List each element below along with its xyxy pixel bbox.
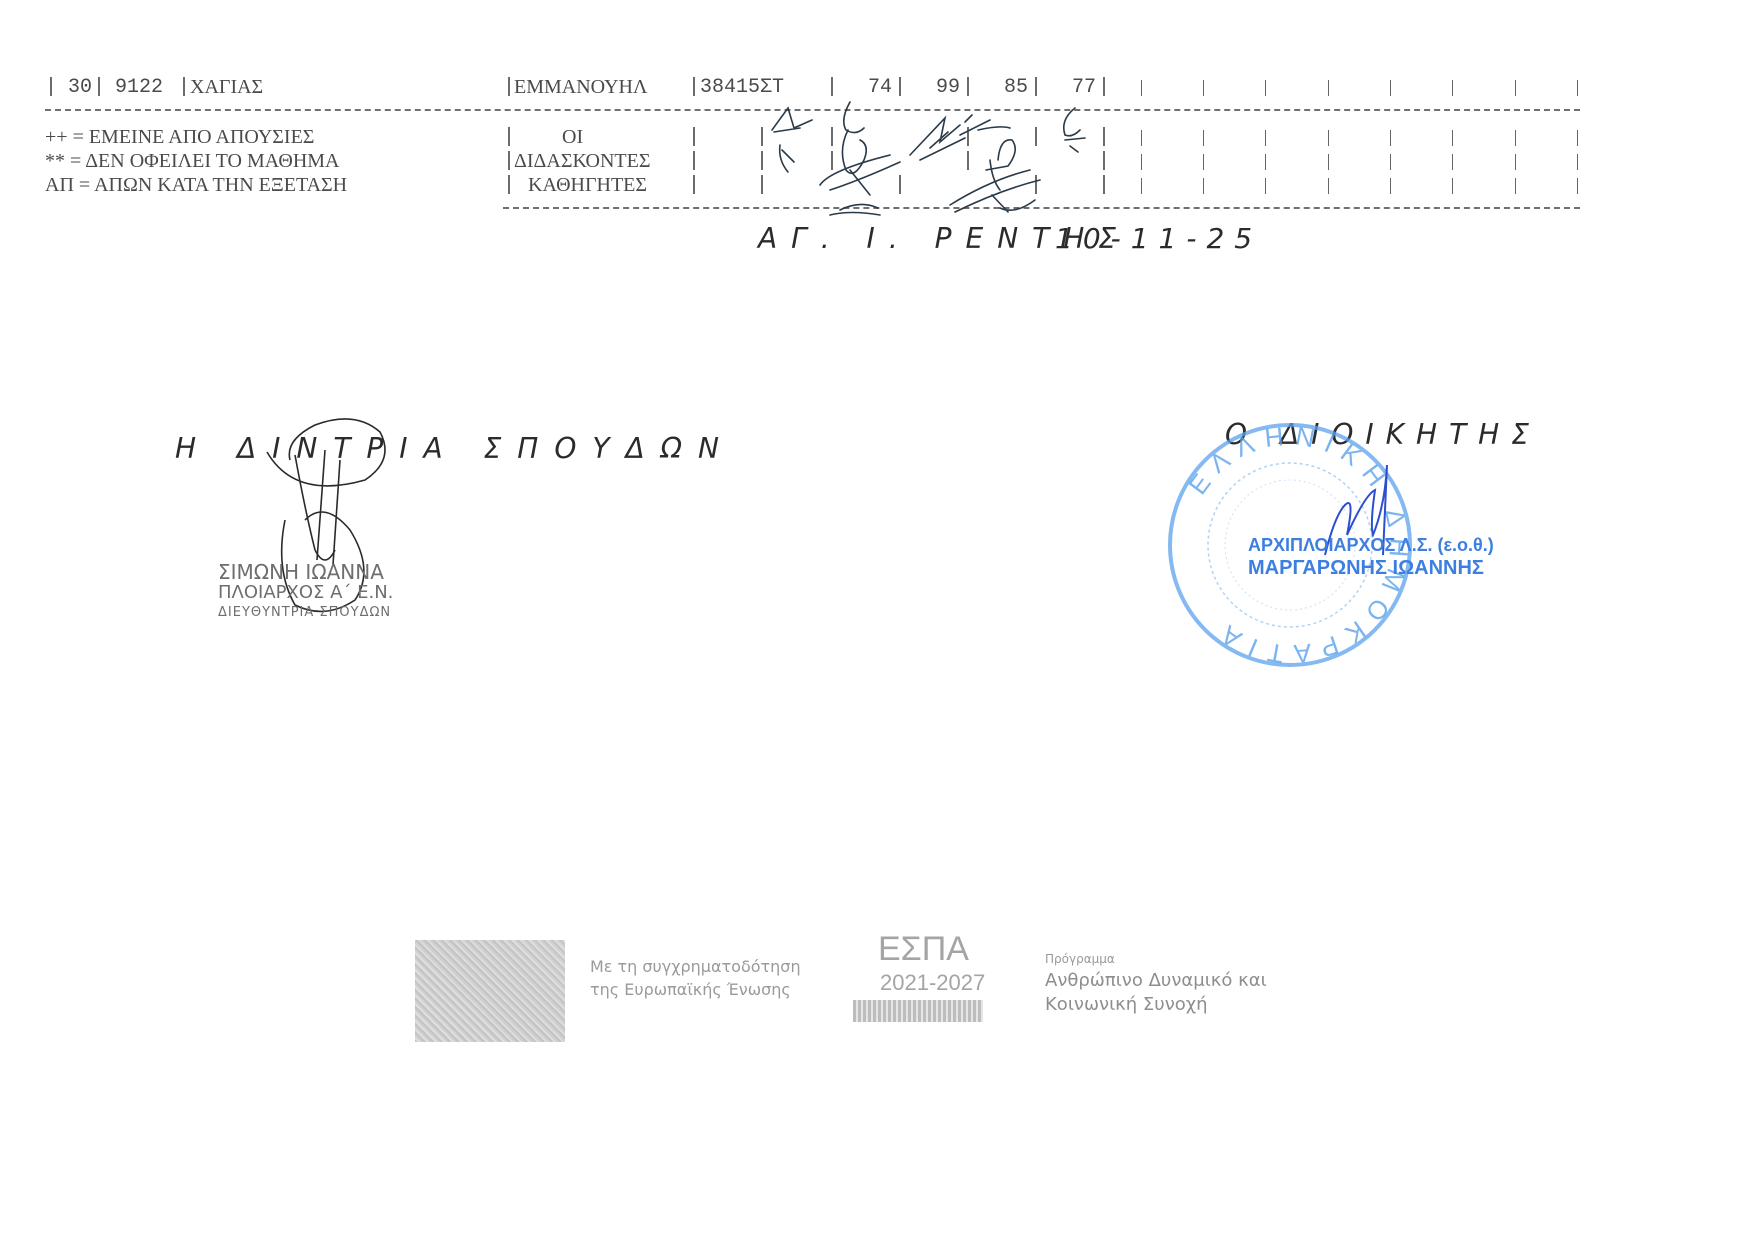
teachers-label-line: ΟΙ bbox=[562, 126, 583, 149]
box-bar: | bbox=[503, 126, 515, 149]
box-bar: | bbox=[688, 174, 700, 197]
row-sep: | bbox=[688, 76, 700, 99]
program-label: Πρόγραμμα bbox=[1045, 952, 1115, 966]
column-separator bbox=[1577, 178, 1578, 194]
column-separator bbox=[1265, 130, 1266, 146]
column-separator bbox=[1515, 130, 1516, 146]
row-sep: | bbox=[962, 76, 974, 99]
commander-name: ΜΑΡΓΑΡΩΝΗΣ ΙΩΑΝΝΗΣ bbox=[1248, 557, 1484, 580]
column-separator bbox=[1390, 80, 1391, 96]
director-name: ΣΙΜΩΝΗ ΙΩΑΝΝΑ bbox=[218, 562, 384, 583]
legend-symbol: ΑΠ bbox=[45, 174, 74, 196]
legend-meaning: ΕΜΕΙΝΕ ΑΠΟ ΑΠΟΥΣΙΕΣ bbox=[89, 126, 315, 148]
column-separator bbox=[1452, 130, 1453, 146]
column-separator bbox=[1203, 154, 1204, 170]
column-separator bbox=[1141, 80, 1142, 96]
grade-3: 85 bbox=[1004, 76, 1028, 99]
teachers-label-line: ΔΙΔΑΣΚΟΝΤΕΣ bbox=[514, 150, 651, 173]
column-separator bbox=[1577, 80, 1578, 96]
column-separator bbox=[1452, 80, 1453, 96]
column-separator bbox=[1141, 178, 1142, 194]
row-surname: ΧΑΓΙΑΣ bbox=[190, 76, 263, 99]
column-separator bbox=[1328, 154, 1329, 170]
box-bar: | bbox=[688, 126, 700, 149]
row-number: 30 bbox=[68, 76, 92, 99]
cofunding-line-2: της Ευρωπαϊκής Ένωσης bbox=[590, 980, 791, 999]
column-separator bbox=[1203, 130, 1204, 146]
column-separator bbox=[1577, 154, 1578, 170]
legend-item: ** = ΔΕΝ ΟΦΕΙΛΕΙ ΤΟ ΜΑΘΗΜΑ bbox=[45, 150, 339, 173]
column-separator bbox=[1328, 178, 1329, 194]
column-separator bbox=[1141, 130, 1142, 146]
legend-item: ++ = ΕΜΕΙΝΕ ΑΠΟ ΑΠΟΥΣΙΕΣ bbox=[45, 126, 314, 149]
row-sep: | bbox=[1098, 76, 1110, 99]
column-separator bbox=[1265, 154, 1266, 170]
row-sep: | bbox=[894, 76, 906, 99]
box-bar: | bbox=[688, 150, 700, 173]
row-leading-bar: | bbox=[45, 76, 69, 99]
row-first-name: ΕΜΜΑΝΟΥΗΛ bbox=[514, 76, 648, 99]
row-code: 9122 bbox=[115, 76, 163, 99]
box-bar: | bbox=[1098, 174, 1110, 197]
teachers-label-line: ΚΑΘΗΓΗΤΕΣ bbox=[528, 174, 647, 197]
cofunding-line-1: Με τη συγχρηματοδότηση bbox=[590, 957, 801, 976]
espa-years: 2021-2027 bbox=[880, 970, 985, 996]
column-separator bbox=[1515, 154, 1516, 170]
legend-meaning: ΔΕΝ ΟΦΕΙΛΕΙ ΤΟ ΜΑΘΗΜΑ bbox=[85, 150, 339, 172]
row-sep: | bbox=[178, 76, 190, 99]
column-separator bbox=[1515, 80, 1516, 96]
commander-rank: ΑΡΧΙΠΛΟΙΑΡΧΟΣ Λ.Σ. (ε.ο.θ.) bbox=[1248, 535, 1494, 556]
grade-2: 99 bbox=[936, 76, 960, 99]
column-separator bbox=[1203, 178, 1204, 194]
legend-symbol: ** bbox=[45, 150, 65, 172]
eu-flag-icon bbox=[415, 940, 565, 1042]
legend-meaning: ΑΠΩΝ ΚΑΤΑ ΤΗΝ ΕΞΕΤΑΣΗ bbox=[94, 174, 347, 196]
teacher-signatures bbox=[760, 100, 1080, 215]
handwritten-date: 10-11-25 bbox=[1055, 222, 1262, 255]
column-separator bbox=[1577, 130, 1578, 146]
espa-banner-icon bbox=[853, 1000, 983, 1022]
column-separator bbox=[1390, 130, 1391, 146]
column-separator bbox=[1452, 178, 1453, 194]
column-separator bbox=[1203, 80, 1204, 96]
row-registration: 38415ΣΤ bbox=[700, 76, 784, 99]
director-rank: ΠΛΟΙΑΡΧΟΣ Α΄ Ε.Ν. bbox=[218, 584, 393, 603]
legend-item: ΑΠ = ΑΠΩΝ ΚΑΤΑ ΤΗΝ ΕΞΕΤΑΣΗ bbox=[45, 174, 347, 197]
program-line-1: Ανθρώπινο Δυναμικό και bbox=[1045, 970, 1267, 991]
column-separator bbox=[1141, 154, 1142, 170]
grade-1: 74 bbox=[868, 76, 892, 99]
legend-symbol: ++ bbox=[45, 126, 68, 148]
grade-4: 77 bbox=[1072, 76, 1096, 99]
box-bar: | bbox=[1098, 150, 1110, 173]
column-separator bbox=[1265, 178, 1266, 194]
box-bar: | bbox=[503, 174, 515, 197]
column-separator bbox=[1390, 178, 1391, 194]
box-bar: | bbox=[1098, 126, 1110, 149]
column-separator bbox=[1515, 178, 1516, 194]
column-separator bbox=[1265, 80, 1266, 96]
row-sep: | bbox=[1030, 76, 1042, 99]
director-role: ΔΙΕΥΘΥΝΤΡΙΑ ΣΠΟΥΔΩΝ bbox=[218, 606, 391, 620]
row-sep: | bbox=[826, 76, 838, 99]
column-separator bbox=[1328, 130, 1329, 146]
column-separator bbox=[1452, 154, 1453, 170]
column-separator bbox=[1328, 80, 1329, 96]
program-line-2: Κοινωνική Συνοχή bbox=[1045, 994, 1208, 1015]
column-separator bbox=[1390, 154, 1391, 170]
row-sep: | bbox=[93, 76, 117, 99]
espa-title: ΕΣΠΑ bbox=[878, 930, 969, 969]
